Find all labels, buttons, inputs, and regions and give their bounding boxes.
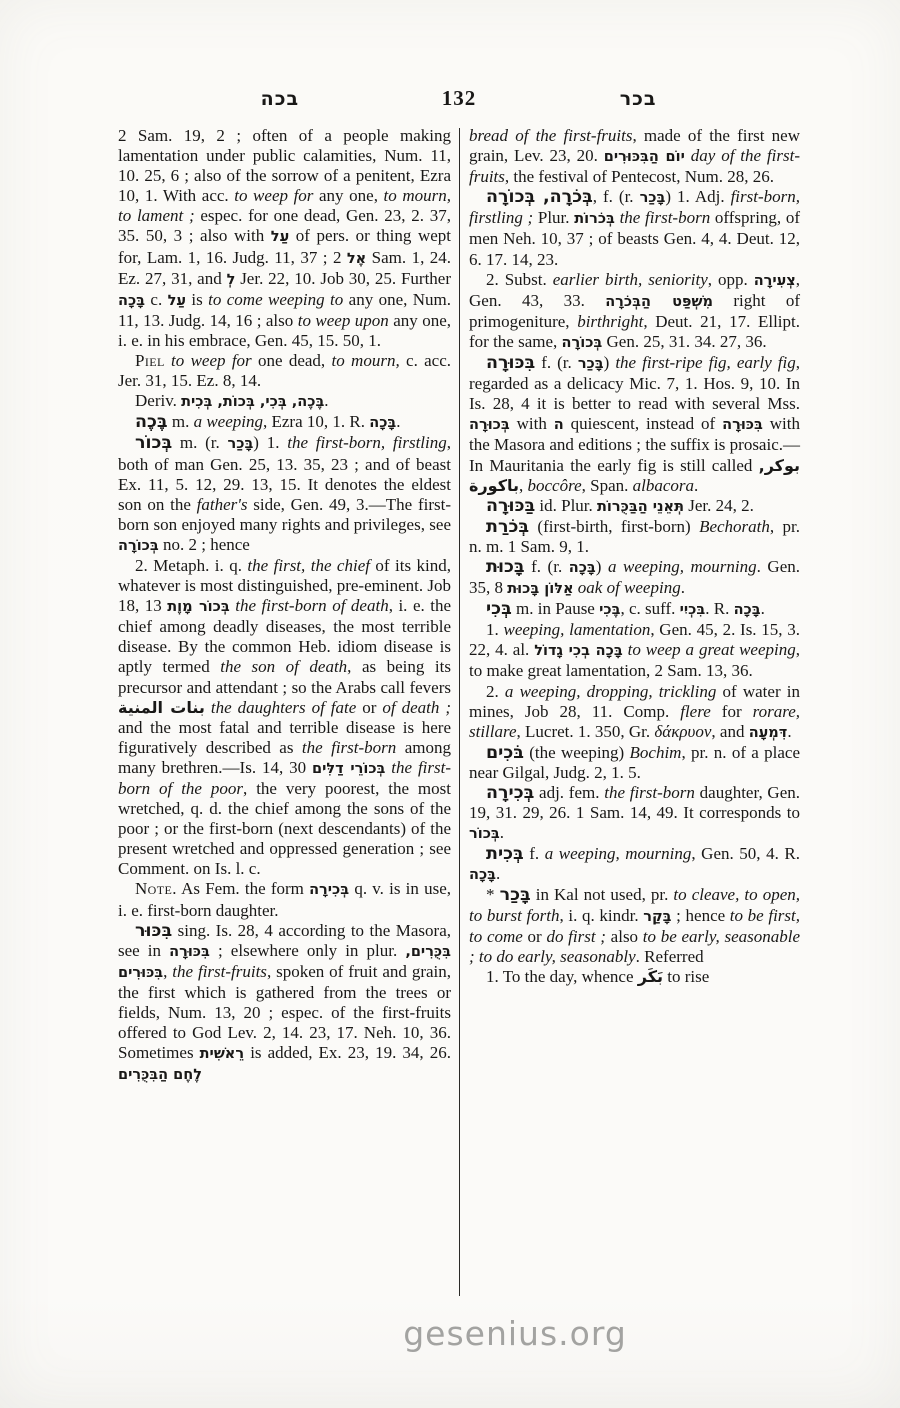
italic-text: do first ; xyxy=(546,927,606,946)
italic-text: father's xyxy=(197,495,248,514)
hebrew-text: לֶחֶם הַבִּכֻּרִים xyxy=(118,1067,202,1083)
text-run: any one, xyxy=(313,186,383,205)
hebrew-text: דִּמְעָה xyxy=(749,725,788,741)
text-run: As Fem. the form xyxy=(177,879,309,898)
italic-text: the first-born, firstling xyxy=(287,433,447,452)
hebrew-headword: בְּכֹרָה, בְּכוֹרָה xyxy=(486,187,593,207)
hebrew-text: בֶּכֶה, בְּכִי, בְּכוֹת, בְּכִית xyxy=(181,394,324,410)
italic-text: earlier birth, seniority xyxy=(553,270,708,289)
hebrew-text: בֶּכִי xyxy=(599,602,620,618)
paragraph: * בָּכַר in Kal not used, pr. to cleave,… xyxy=(469,885,800,966)
text-run: ) xyxy=(604,353,616,372)
text-run: or xyxy=(356,698,382,717)
italic-text: the first-born xyxy=(620,208,711,227)
italic-text: to weep a great weeping xyxy=(628,640,796,659)
hebrew-text: בָּכָה xyxy=(569,560,596,576)
italic-text: to weep for xyxy=(171,351,252,370)
hebrew-text: בְּכוֹרֵי דַלִּים xyxy=(312,761,385,777)
hebrew-headword: בָּכַר xyxy=(500,885,531,905)
running-head: בכה 132 בכר xyxy=(118,86,800,111)
text-run: (first-birth, first-born) xyxy=(529,517,699,536)
hebrew-text: בָּכָה xyxy=(469,867,496,883)
text-run: 1. To the day, whence xyxy=(486,967,638,986)
hebrew-text: בִּכּוּרָה xyxy=(169,944,210,960)
text-run: 2. xyxy=(486,682,505,701)
italic-text: oak of weeping xyxy=(578,578,681,597)
hebrew-text: בָּכָה בְכִי גָדוֹל xyxy=(534,643,622,659)
text-run: Jer. 24, 2. xyxy=(684,496,754,515)
paragraph: בַּכּוּרָה id. Plur. תְּאֵנֵי הַבַּכֻּרו… xyxy=(469,496,800,517)
text-run: id. Plur. xyxy=(535,496,597,515)
text-columns: 2 Sam. 19, 2 ; often of a people making … xyxy=(118,126,800,1296)
text-run: , Span. xyxy=(582,476,633,495)
watermark: gesenius.org xyxy=(0,1314,900,1353)
hebrew-headword: בְּכִי xyxy=(486,599,512,619)
paragraph: בְּכִית f. a weeping, mourning, Gen. 50,… xyxy=(469,844,800,885)
italic-text: birthright xyxy=(577,312,643,331)
paragraph: בִּכּוּרָה f. (r. בָּכַר) the first-ripe… xyxy=(469,353,800,496)
text-run: , f. (r. xyxy=(593,187,640,206)
hebrew-text: בָּכַר xyxy=(578,356,604,372)
column-divider-rule xyxy=(459,128,460,1296)
hebrew-headword: בִּכּוּר xyxy=(135,921,172,941)
text-run: , i. q. kindr. xyxy=(560,906,644,925)
italic-text: boccôre xyxy=(528,476,582,495)
text-run: f. xyxy=(524,844,545,863)
text-run: also xyxy=(606,927,643,946)
hebrew-text: בָּכָה xyxy=(734,602,761,618)
hebrew-headword: בְּכֹרַת xyxy=(486,517,529,537)
italic-text: the son of death xyxy=(220,657,347,676)
italic-text: a weeping, mourning xyxy=(608,557,757,576)
paragraph: bread of the first-fruits, made of the f… xyxy=(469,126,800,187)
text-run: is added, Ex. 23, 19. 34, 26. xyxy=(244,1043,451,1062)
text-run: or xyxy=(523,927,547,946)
paragraph: בְּכֹרָה, בְּכוֹרָה, f. (r. בָּכַר) 1. A… xyxy=(469,187,800,269)
text-run: m. (r. xyxy=(172,433,227,452)
text-run: , xyxy=(519,476,528,495)
hebrew-text: בָּקַר xyxy=(643,909,671,925)
guide-word-right: בכר xyxy=(476,88,800,110)
paragraph: בְּכוֹר m. (r. בָּכַר) 1. the first-born… xyxy=(118,433,451,556)
paragraph: Deriv. בֶּכֶה, בְּכִי, בְּכוֹת, בְּכִית. xyxy=(118,391,451,412)
text-run: , the festival of Pentecost, Num. 28, 26… xyxy=(505,167,774,186)
text-run: * xyxy=(486,885,500,904)
guide-word-left: בכה xyxy=(118,88,442,110)
left-column: 2 Sam. 19, 2 ; often of a people making … xyxy=(118,126,451,1296)
italic-text: Bochim xyxy=(630,743,682,762)
italic-text: the first-born of death xyxy=(235,596,388,615)
text-run: is xyxy=(186,290,208,309)
text-run: with xyxy=(510,414,554,433)
text-run: f. (r. xyxy=(535,353,578,372)
paragraph: Piel to weep for one dead, to mourn, c. … xyxy=(118,351,451,391)
hebrew-headword: בֹּכִים xyxy=(486,743,524,763)
paragraph: 1. To the day, whence بَكَر to rise xyxy=(469,967,800,987)
text-run: ) 1. Adj. xyxy=(665,187,730,206)
italic-text: the first-born xyxy=(604,783,695,802)
italic-text: the first-fruits xyxy=(172,962,267,981)
smallcaps-text: Note. xyxy=(135,879,177,898)
hebrew-text: בִּכּוּרָה xyxy=(722,417,763,433)
text-run: 2. Subst. xyxy=(486,270,553,289)
paragraph: בְּכִירָה adj. fem. the first-born daugh… xyxy=(469,783,800,844)
text-run: (the weeping) xyxy=(524,743,630,762)
text-run: , opp. xyxy=(708,270,754,289)
hebrew-text: בָּכַר xyxy=(228,436,254,452)
italic-text: Bechorath xyxy=(699,517,770,536)
text-run: adj. fem. xyxy=(534,783,604,802)
hebrew-text: בְּכוּרָה xyxy=(469,417,510,433)
text-run: for xyxy=(711,702,753,721)
text-run: . xyxy=(496,864,500,883)
text-run: , c. suff. xyxy=(620,599,679,618)
text-run: m. xyxy=(168,412,194,431)
italic-text: the first, the chief xyxy=(247,556,370,575)
hebrew-headword: בְּכִירָה xyxy=(486,783,534,803)
hebrew-headword: בֶּכֶה xyxy=(135,412,168,432)
hebrew-headword: בָּכוּת xyxy=(486,557,525,577)
paragraph: בְּכִי m. in Pause בֶּכִי, c. suff. בִּכ… xyxy=(469,599,800,620)
italic-text: weeping, lamentation xyxy=(503,620,650,639)
text-run: ; elsewhere only in plur. xyxy=(210,941,405,960)
hebrew-text: מִשְׁפַּט הַבְּכֹרָה xyxy=(605,294,713,310)
text-run: , Gen. 50, 4. R. xyxy=(691,844,800,863)
paragraph: Note. As Fem. the form בְּכִירָה q. v. i… xyxy=(118,879,451,920)
italic-text: to come weeping to xyxy=(208,290,343,309)
text-run: , xyxy=(163,962,172,981)
italic-text: a weeping, mourning xyxy=(545,844,692,863)
text-run: f. (r. xyxy=(525,557,569,576)
text-run: . xyxy=(787,722,791,741)
text-run: . Referred xyxy=(636,947,704,966)
text-run: , and xyxy=(711,722,748,741)
text-run: 2. Metaph. i. q. xyxy=(135,556,247,575)
text-run: in Kal not used, pr. xyxy=(531,885,674,904)
text-run: . xyxy=(681,578,685,597)
italic-text: bread of the first-fruits xyxy=(469,126,632,145)
paragraph: 1. weeping, lamentation, Gen. 45, 2. Is.… xyxy=(469,620,800,681)
text-run: 1. xyxy=(486,620,503,639)
hebrew-headword: בִּכּוּרָה xyxy=(486,353,535,373)
text-run: . xyxy=(500,823,504,842)
hebrew-text: בְּכוֹר מָוֶת xyxy=(167,599,229,615)
text-run: m. in Pause xyxy=(512,599,599,618)
paragraph: 2. a weeping, dropping, trickling of wat… xyxy=(469,682,800,743)
text-run: . xyxy=(396,412,400,431)
text-run: . xyxy=(761,599,765,618)
text-run: , Ezra 10, 1. R. xyxy=(263,412,369,431)
paragraph: בֹּכִים (the weeping) Bochim, pr. n. of … xyxy=(469,743,800,783)
hebrew-text: עַל xyxy=(271,229,289,245)
italic-text: to weep for xyxy=(234,186,313,205)
italic-text: the first-ripe fig, early fig xyxy=(615,353,795,372)
italic-text: the daughters of fate xyxy=(211,698,356,717)
hebrew-text: עַל xyxy=(168,293,186,309)
text-run: ) 1. xyxy=(253,433,287,452)
hebrew-text: בָּכָה xyxy=(369,415,396,431)
text-run: . xyxy=(694,476,698,495)
text-run: , Lucret. 1. 350, Gr. xyxy=(517,722,655,741)
italic-text: a weeping, dropping, trickling xyxy=(505,682,716,701)
hebrew-text: בָּכָה xyxy=(118,293,145,309)
paragraph: בְּכֹרַת (first-birth, first-born) Becho… xyxy=(469,517,800,557)
hebrew-text: רֵאשִׁית xyxy=(200,1046,244,1062)
italic-text: of death ; xyxy=(382,698,451,717)
text-run: quiescent, instead of xyxy=(564,414,722,433)
italic-text: flere xyxy=(680,702,711,721)
italic-text: the first-born xyxy=(302,738,396,757)
paragraph: 2. Subst. earlier birth, seniority, opp.… xyxy=(469,270,800,353)
hebrew-text: ה xyxy=(554,417,564,433)
paragraph: בִּכּוּר sing. Is. 28, 4 according to th… xyxy=(118,921,451,1086)
hebrew-text: בְּכוֹרָה xyxy=(118,538,159,554)
text-run: . R. xyxy=(705,599,733,618)
hebrew-text: אַלּוֹן בָּכוּת xyxy=(507,581,573,597)
text-run: to rise xyxy=(663,967,709,986)
italic-text: to mourn, xyxy=(332,351,400,370)
italic-text: a weeping xyxy=(194,412,263,431)
hebrew-text: יוֹם הַבִּכּוּרִים xyxy=(604,149,685,165)
text-run: . xyxy=(324,391,328,410)
text-run: ) xyxy=(596,557,608,576)
scanned-dictionary-page: בכה 132 בכר 2 Sam. 19, 2 ; often of a pe… xyxy=(0,0,900,1408)
text-run: one dead, xyxy=(252,351,332,370)
text-run: Jer. 22, 10. Job 30, 25. Further xyxy=(235,269,451,288)
text-run: Plur. xyxy=(533,208,574,227)
hebrew-headword: בְּכוֹר xyxy=(135,433,172,453)
hebrew-text: בְּכֹרוֹת xyxy=(574,211,615,227)
text-run: Deriv. xyxy=(135,391,181,410)
right-column: bread of the first-fruits, made of the f… xyxy=(469,126,800,1296)
hebrew-text: בְּכוֹרָה xyxy=(562,335,603,351)
hebrew-text: בָּכַר xyxy=(640,190,666,206)
text-run: Gen. 25, 31. 34. 27, 36. xyxy=(602,332,766,351)
text-run: c. xyxy=(145,290,168,309)
paragraph: בֶּכֶה m. a weeping, Ezra 10, 1. R. בָּכ… xyxy=(118,412,451,433)
arabic-text: بَكَر xyxy=(638,967,663,986)
greek-text: δάκρυον xyxy=(654,722,711,741)
arabic-text: بنات المنية xyxy=(118,698,205,717)
smallcaps-text: Piel xyxy=(135,351,165,370)
paragraph: 2. Metaph. i. q. the first, the chief of… xyxy=(118,556,451,880)
text-run: ; hence xyxy=(672,906,730,925)
hebrew-headword: בַּכּוּרָה xyxy=(486,496,535,516)
paragraph: בָּכוּת f. (r. בָּכָה) a weeping, mourni… xyxy=(469,557,800,599)
italic-text: to weep upon xyxy=(298,311,389,330)
text-run: no. 2 ; hence xyxy=(159,535,250,554)
hebrew-text: בְּכוֹר xyxy=(469,826,500,842)
hebrew-text: אֶל xyxy=(347,251,366,267)
hebrew-text: בְּכִירָה xyxy=(309,882,349,898)
paragraph: 2 Sam. 19, 2 ; often of a people making … xyxy=(118,126,451,351)
hebrew-text: תְּאֵנֵי הַבַּכֻּרוֹת xyxy=(597,499,684,515)
page-number: 132 xyxy=(442,86,477,111)
hebrew-text: צְעִירָה xyxy=(754,273,796,289)
hebrew-headword: בְּכִית xyxy=(486,844,524,864)
hebrew-text: בִּכְיִי xyxy=(680,602,706,618)
italic-text: albacora xyxy=(633,476,694,495)
